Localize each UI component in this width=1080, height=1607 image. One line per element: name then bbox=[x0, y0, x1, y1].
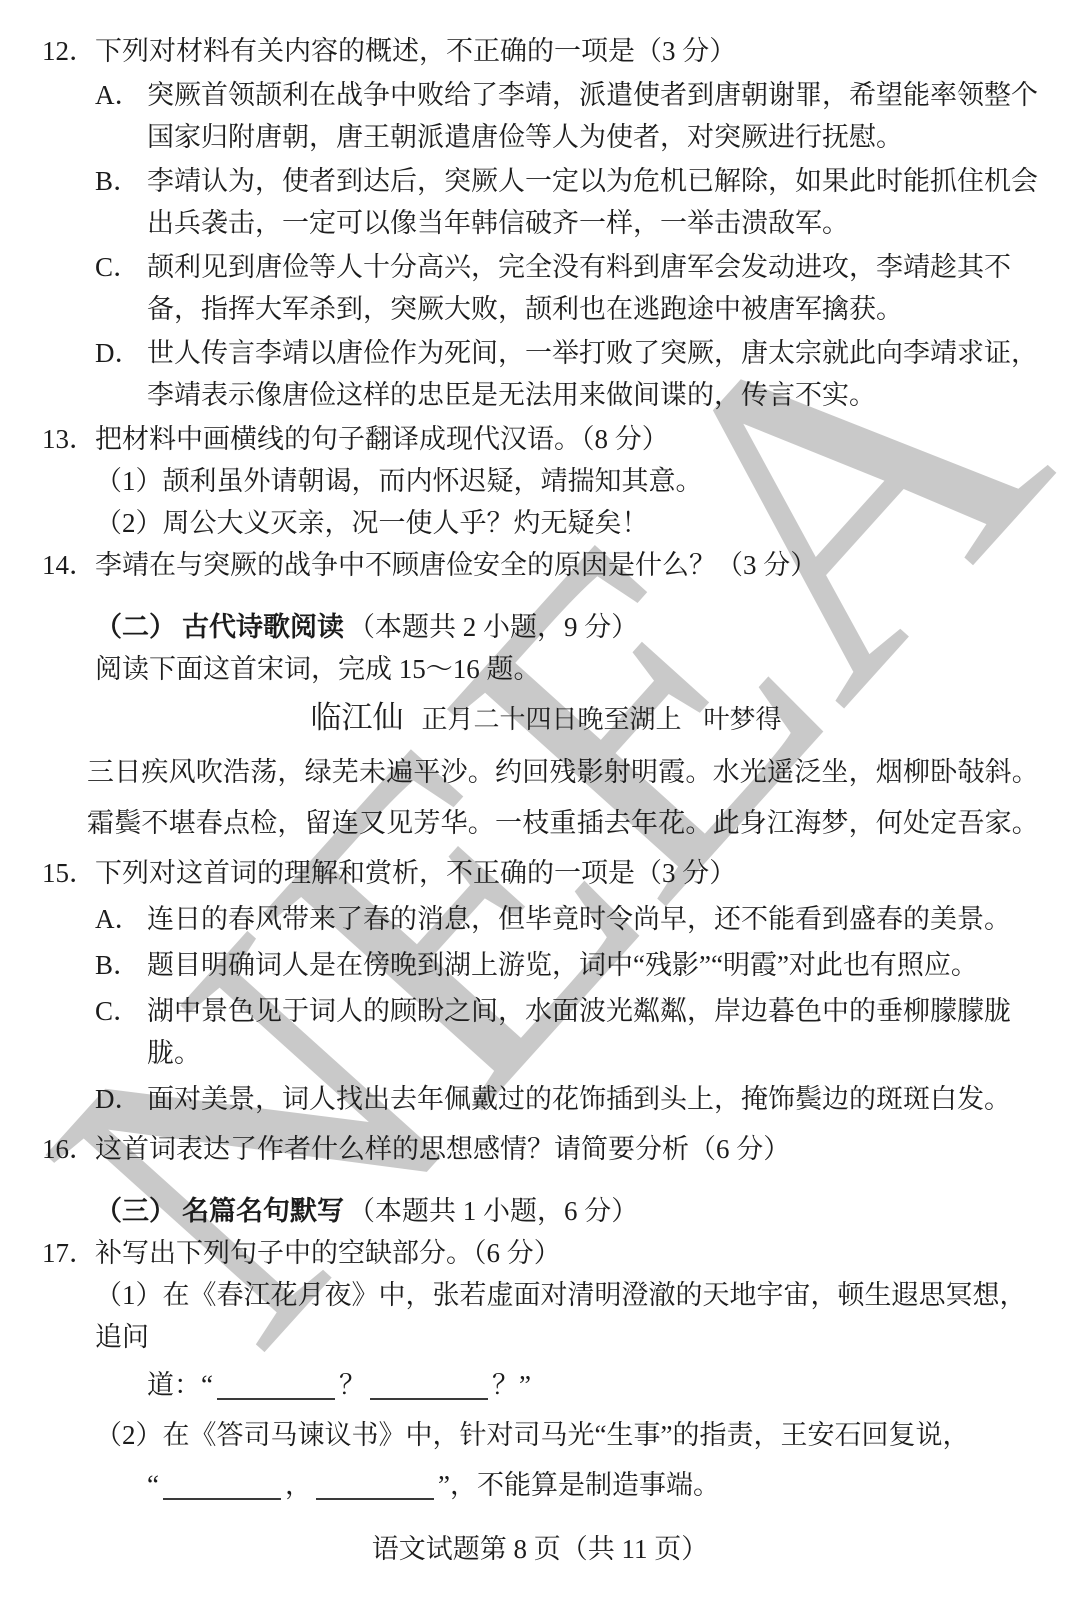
question-14-stem-row: 14．李靖在与突厥的战争中不顾唐俭安全的原因是什么？（3 分） bbox=[42, 544, 1050, 586]
poem-subtitle: 正月二十四日晚至湖上 bbox=[421, 705, 681, 734]
option-label: D． bbox=[95, 332, 147, 374]
option-text: 世人传言李靖以唐俭作为死间，一举打败了突厥，唐太宗就此向李靖求证，李靖表示像唐俭… bbox=[147, 338, 1038, 410]
question-number: 16． bbox=[42, 1128, 95, 1170]
section-meta: （本题共 2 小题，9 分） bbox=[348, 612, 638, 642]
option-text: 面对美景，词人找出去年佩戴过的花饰插到头上，掩饰鬓边的斑斑白发。 bbox=[147, 1084, 1011, 1114]
option-text: 颉利见到唐俭等人十分高兴，完全没有料到唐军会发动进攻，李靖趁其不备，指挥大军杀到… bbox=[147, 252, 1011, 324]
question-17-stem-row: 17．补写出下列句子中的空缺部分。（6 分） bbox=[42, 1232, 1050, 1274]
question-15-stem-row: 15．下列对这首词的理解和赏析，不正确的一项是（3 分） bbox=[42, 852, 1050, 894]
option-row: A．连日的春风带来了春的消息，但毕竟时令尚早，还不能看到盛春的美景。 bbox=[95, 898, 1050, 940]
option-row: D．面对美景，词人找出去年佩戴过的花饰插到头上，掩饰鬓边的斑斑白发。 bbox=[95, 1078, 1050, 1120]
blank-mid: ， bbox=[285, 1470, 312, 1500]
question-number: 17． bbox=[42, 1232, 95, 1274]
option-label: D． bbox=[95, 1078, 147, 1120]
exam-page: { "watermark": "NEEA", "footer": "语文试题第 … bbox=[0, 0, 1080, 1607]
option-label: A． bbox=[95, 74, 147, 116]
sub-item-text: （2）周公大义灭亲，况一使人乎？灼无疑矣！ bbox=[95, 508, 649, 538]
question-12-options: A．突厥首领颉利在战争中败给了李靖，派遣使者到唐朝谢罪，希望能率领整个国家归附唐… bbox=[95, 74, 1050, 416]
question-15-options: A．连日的春风带来了春的消息，但毕竟时令尚早，还不能看到盛春的美景。 B．题目明… bbox=[95, 898, 1050, 1120]
answer-blank bbox=[316, 1470, 434, 1500]
sub-item-text: （1）颉利虽外请朝谒，而内怀迟疑，靖揣知其意。 bbox=[95, 466, 703, 496]
question-stem: 补写出下列句子中的空缺部分。（6 分） bbox=[95, 1238, 561, 1268]
blank-suffix: ？” bbox=[492, 1370, 531, 1400]
question-17-item-2: （2）在《答司马谏议书》中，针对司马光“生事”的指责，王安石回复说， bbox=[95, 1414, 1050, 1456]
section-2-heading: （二）古代诗歌阅读（本题共 2 小题，9 分） bbox=[95, 606, 1050, 648]
blank-mid: ？ bbox=[339, 1370, 366, 1400]
question-number: 15． bbox=[42, 852, 95, 894]
question-17-item-1: （1）在《春江花月夜》中，张若虚面对清明澄澈的天地宇宙，顿生遐思冥想，追问 bbox=[95, 1274, 1050, 1358]
option-text: 题目明确词人是在傍晚到湖上游览，词中“残影”“明霞”对此也有照应。 bbox=[147, 950, 978, 980]
option-label: A． bbox=[95, 898, 147, 940]
poem-line-1: 三日疾风吹浩荡，绿芜未遍平沙。约回残影射明霞。水光遥泛坐，烟柳卧敧斜。 bbox=[87, 751, 1050, 793]
question-17-item-1-blanks: 道：“？？” bbox=[147, 1364, 1050, 1406]
poem-line-text: 三日疾风吹浩荡，绿芜未遍平沙。约回残影射明霞。水光遥泛坐，烟柳卧敧斜。 bbox=[87, 757, 1039, 787]
question-number: 13． bbox=[42, 418, 95, 460]
question-stem: 把材料中画横线的句子翻译成现代汉语。（8 分） bbox=[95, 424, 669, 454]
question-13-stem-row: 13．把材料中画横线的句子翻译成现代汉语。（8 分） bbox=[42, 418, 1050, 460]
question-stem: 李靖在与突厥的战争中不顾唐俭安全的原因是什么？（3 分） bbox=[95, 550, 817, 580]
option-label: C． bbox=[95, 990, 147, 1032]
question-13-item-2: （2）周公大义灭亲，况一使人乎？灼无疑矣！ bbox=[95, 502, 1050, 544]
section-3-heading: （三）名篇名句默写（本题共 1 小题，6 分） bbox=[95, 1190, 1050, 1232]
blank-prefix: “ bbox=[147, 1470, 159, 1500]
option-text: 李靖认为，使者到达后，突厥人一定以为危机已解除，如果此时能抓住机会出兵袭击，一定… bbox=[147, 166, 1038, 238]
poem-line-text: 霜鬓不堪春点检，留连又见芳华。一枝重插去年花。此身江海梦，何处定吾家。 bbox=[87, 808, 1039, 838]
option-text: 突厥首领颉利在战争中败给了李靖，派遣使者到唐朝谢罪，希望能率领整个国家归附唐朝，… bbox=[147, 80, 1038, 152]
section-label: （二） bbox=[95, 612, 176, 642]
section-title: 古代诗歌阅读 bbox=[182, 612, 344, 642]
question-stem: 下列对这首词的理解和赏析，不正确的一项是（3 分） bbox=[95, 858, 736, 888]
poem-line-2: 霜鬓不堪春点检，留连又见芳华。一枝重插去年花。此身江海梦，何处定吾家。 bbox=[87, 802, 1050, 844]
section-title: 名篇名句默写 bbox=[182, 1196, 344, 1226]
question-stem: 这首词表达了作者什么样的思想感情？请简要分析（6 分） bbox=[95, 1134, 790, 1164]
option-row: D．世人传言李靖以唐俭作为死间，一举打败了突厥，唐太宗就此向李靖求证，李靖表示像… bbox=[95, 332, 1050, 416]
footer-text: 语文试题第 8 页（共 11 页） bbox=[372, 1534, 709, 1564]
section-label: （三） bbox=[95, 1196, 176, 1226]
option-row: B．李靖认为，使者到达后，突厥人一定以为危机已解除，如果此时能抓住机会出兵袭击，… bbox=[95, 160, 1050, 244]
answer-blank bbox=[370, 1370, 488, 1400]
option-label: B． bbox=[95, 944, 147, 986]
question-stem: 下列对材料有关内容的概述，不正确的一项是（3 分） bbox=[95, 36, 736, 66]
question-17-item-2-blanks: “，”，不能算是制造事端。 bbox=[147, 1464, 1050, 1506]
blank-suffix: ”，不能算是制造事端。 bbox=[438, 1470, 720, 1500]
exam-content: 12．下列对材料有关内容的概述，不正确的一项是（3 分） A．突厥首领颉利在战争… bbox=[0, 0, 1080, 1506]
question-number: 14． bbox=[42, 544, 95, 586]
question-16-stem-row: 16．这首词表达了作者什么样的思想感情？请简要分析（6 分） bbox=[42, 1128, 1050, 1170]
page-footer: 语文试题第 8 页（共 11 页） bbox=[0, 1528, 1080, 1570]
question-13-item-1: （1）颉利虽外请朝谒，而内怀迟疑，靖揣知其意。 bbox=[95, 460, 1050, 502]
option-label: B． bbox=[95, 160, 147, 202]
section-meta: （本题共 1 小题，6 分） bbox=[348, 1196, 638, 1226]
answer-blank bbox=[217, 1370, 335, 1400]
option-text: 连日的春风带来了春的消息，但毕竟时令尚早，还不能看到盛春的美景。 bbox=[147, 904, 1011, 934]
poem-title-row: 临江仙正月二十四日晚至湖上叶梦得 bbox=[42, 696, 1050, 742]
option-label: C． bbox=[95, 246, 147, 288]
question-number: 12． bbox=[42, 30, 95, 72]
poem-author: 叶梦得 bbox=[704, 705, 782, 734]
sub-item-text: （1）在《春江花月夜》中，张若虚面对清明澄澈的天地宇宙，顿生遐思冥想，追问 bbox=[95, 1280, 1027, 1352]
reading-intro: 阅读下面这首宋词，完成 15～16 题。 bbox=[95, 648, 1050, 690]
question-12-stem-row: 12．下列对材料有关内容的概述，不正确的一项是（3 分） bbox=[42, 30, 1050, 72]
answer-blank bbox=[163, 1470, 281, 1500]
option-text: 湖中景色见于词人的顾盼之间，水面波光粼粼，岸边暮色中的垂柳朦朦胧胧。 bbox=[147, 996, 1011, 1068]
intro-text: 阅读下面这首宋词，完成 15～16 题。 bbox=[95, 654, 541, 684]
option-row: C．颉利见到唐俭等人十分高兴，完全没有料到唐军会发动进攻，李靖趁其不备，指挥大军… bbox=[95, 246, 1050, 330]
option-row: B．题目明确词人是在傍晚到湖上游览，词中“残影”“明霞”对此也有照应。 bbox=[95, 944, 1050, 986]
sub-item-text: （2）在《答司马谏议书》中，针对司马光“生事”的指责，王安石回复说， bbox=[95, 1420, 969, 1450]
option-row: A．突厥首领颉利在战争中败给了李靖，派遣使者到唐朝谢罪，希望能率领整个国家归附唐… bbox=[95, 74, 1050, 158]
option-row: C．湖中景色见于词人的顾盼之间，水面波光粼粼，岸边暮色中的垂柳朦朦胧胧。 bbox=[95, 990, 1050, 1074]
blank-prefix: 道：“ bbox=[147, 1370, 213, 1400]
poem-title: 临江仙 bbox=[310, 700, 403, 735]
